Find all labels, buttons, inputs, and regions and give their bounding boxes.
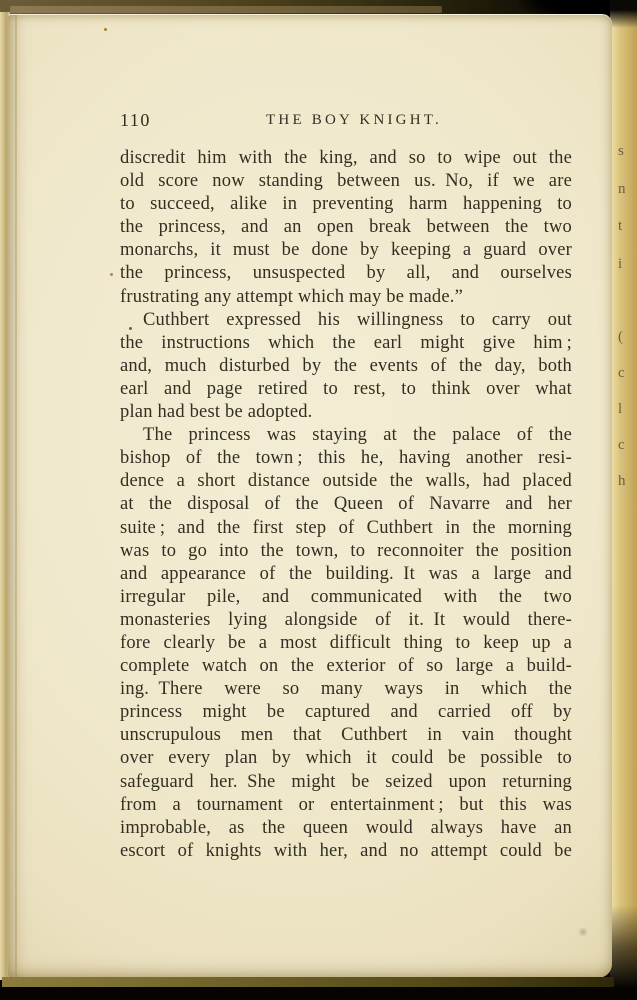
book-binding-bottom — [0, 987, 637, 1000]
edge-text-fragment: h — [618, 474, 626, 489]
text-line: discredit him with the king, and so to w… — [120, 147, 572, 170]
shelf-edge — [10, 6, 442, 13]
page-number: 110 — [120, 110, 151, 131]
text-line: monarchs, it must be done by keeping a g… — [120, 239, 572, 262]
text-line: the instructions which the earl might gi… — [120, 332, 572, 355]
text-line: ing. There were so many ways in which th… — [120, 678, 572, 701]
book-photo: snti(clch 110 THE BOY KNIGHT. discredit … — [0, 0, 637, 1000]
text-line: from a tournament or entertainment ; but… — [120, 794, 572, 817]
print-speck — [110, 273, 113, 276]
edge-text-fragment: c — [618, 366, 625, 381]
edge-text-fragment: ( — [618, 330, 623, 345]
edge-text-fragment: l — [618, 402, 622, 417]
paper-smudge — [578, 927, 588, 937]
text-line: princess might be captured and carried o… — [120, 701, 572, 724]
text-line: the princess, unsuspected by all, and ou… — [120, 262, 572, 285]
text-line: The princess was staying at the palace o… — [120, 424, 572, 447]
text-line: was to go into the town, to reconnoiter … — [120, 540, 572, 563]
text-line: at the disposal of the Queen of Navarre … — [120, 493, 572, 516]
text-line: frustrating any attempt which may be mad… — [120, 286, 572, 309]
page-header: 110 THE BOY KNIGHT. — [120, 110, 572, 132]
print-speck — [104, 28, 107, 31]
print-speck — [129, 327, 132, 330]
text-line: dence a short distance outside the walls… — [120, 470, 572, 493]
text-line: improbable, as the queen would always ha… — [120, 817, 572, 840]
text-line: the princess, and an open break between … — [120, 216, 572, 239]
edge-text-fragment: i — [618, 257, 622, 272]
text-line: escort of knights with her, and no attem… — [120, 840, 572, 863]
text-line: earl and page retired to rest, to think … — [120, 378, 572, 401]
text-line: suite ; and the first step of Cuthbert i… — [120, 517, 572, 540]
edge-text-fragment: t — [618, 219, 622, 234]
text-line: safeguard her. She might be seized upon … — [120, 771, 572, 794]
running-title: THE BOY KNIGHT. — [266, 112, 442, 129]
text-line: and, much disturbed by the events of the… — [120, 355, 572, 378]
text-line: to succeed, alike in preventing harm hap… — [120, 193, 572, 216]
text-line: unscrupulous men that Cuthbert in vain t… — [120, 724, 572, 747]
text-line: plan had best be adopted. — [120, 401, 572, 424]
edge-text-fragment: c — [618, 438, 625, 453]
text-line: fore clearly be a most difficult thing t… — [120, 632, 572, 655]
body-text: discredit him with the king, and so to w… — [120, 147, 572, 863]
text-line: bishop of the town ; this he, having ano… — [120, 447, 572, 470]
book-page: 110 THE BOY KNIGHT. discredit him with t… — [8, 14, 612, 978]
text-line: old score now standing between us. No, i… — [120, 170, 572, 193]
text-line: complete watch on the exterior of so lar… — [120, 655, 572, 678]
text-line: and appearance of the building. It was a… — [120, 563, 572, 586]
edge-text-fragment: n — [618, 182, 626, 197]
text-line: over every plan by which it could be pos… — [120, 747, 572, 770]
edge-text-fragment: s — [618, 144, 624, 159]
text-line: irregular pile, and communicated with th… — [120, 586, 572, 609]
text-line: monasteries lying alongside of it. It wo… — [120, 609, 572, 632]
text-line: Cuthbert expressed his willingness to ca… — [120, 309, 572, 332]
adjacent-page-fore-edge: snti(clch — [610, 0, 637, 1000]
